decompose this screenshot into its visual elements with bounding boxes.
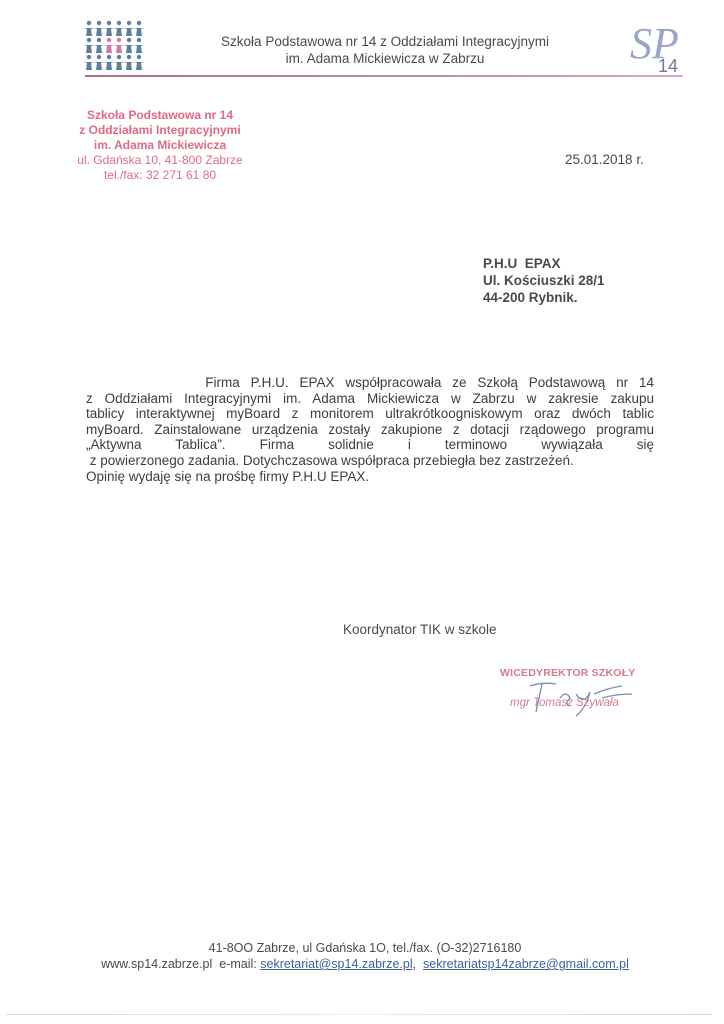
body-line: z powierzonego zadania. Dotychczasowa ws… xyxy=(86,453,654,469)
recipient-street: Ul. Kościuszki 28/1 xyxy=(483,272,605,289)
letterhead-title: Szkoła Podstawowa nr 14 z Oddziałami Int… xyxy=(150,33,620,67)
letter-body: Firma P.H.U. EPAX współpracowała ze Szko… xyxy=(86,375,654,484)
signature-stamp-title: WICEDYREKTOR SZKOŁY xyxy=(500,667,635,679)
footer-address: 41-8OO Zabrze, ul Gdańska 1O, tel./fax. … xyxy=(60,940,670,956)
letter-footer: 41-8OO Zabrze, ul Gdańska 1O, tel./fax. … xyxy=(60,940,670,972)
email-link-gmail[interactable]: sekretariatsp14zabrze@gmail.com.pl xyxy=(423,957,629,971)
body-line: myBoard. Zainstalowane urządzenia został… xyxy=(86,422,654,438)
body-line: „Aktywna Tablica”. Firma solidnie i term… xyxy=(86,437,654,453)
footer-contacts: www.sp14.zabrze.pl e-mail: sekretariat@s… xyxy=(60,956,670,972)
body-line: tablicy interaktywnej myBoard z monitore… xyxy=(86,406,654,422)
bottom-divider xyxy=(6,1014,712,1015)
body-line: Opinię wydaję się na prośbę firmy P.H.U … xyxy=(86,469,654,485)
body-line: Firma P.H.U. EPAX współpracowała ze Szko… xyxy=(86,375,654,391)
recipient-address: P.H.U EPAX Ul. Kościuszki 28/1 44-200 Ry… xyxy=(483,255,605,306)
footer-website: www.sp14.zabrze.pl xyxy=(101,957,212,971)
stamp-line3: im. Adama Mickiewicza xyxy=(40,138,280,153)
stamp-line2: z Oddziałami Integracyjnymi xyxy=(40,123,280,138)
footer-email-label: e-mail: xyxy=(219,957,257,971)
stamp-line1: Szkoła Podstawowa nr 14 xyxy=(40,108,280,123)
stamp-address: ul. Gdańska 10, 41-800 Zabrze xyxy=(40,153,280,168)
recipient-city: 44-200 Rybnik. xyxy=(483,289,605,306)
letterhead-title-line2: im. Adama Mickiewicza w Zabrzu xyxy=(150,50,620,67)
school-people-logo-icon xyxy=(84,18,144,70)
recipient-name: P.H.U EPAX xyxy=(483,255,605,272)
school-stamp: Szkoła Podstawowa nr 14 z Oddziałami Int… xyxy=(40,108,280,183)
signoff-title: Koordynator TIK w szkole xyxy=(343,622,497,637)
stamp-phone: tel./fax: 32 271 61 80 xyxy=(40,168,280,183)
sp14-logo-icon: SP 14 xyxy=(622,18,684,78)
letterhead-divider xyxy=(85,75,683,77)
sp-logo-number: 14 xyxy=(658,56,678,76)
letterhead-title-line1: Szkoła Podstawowa nr 14 z Oddziałami Int… xyxy=(150,33,620,50)
letter-date: 25.01.2018 r. xyxy=(565,152,644,167)
email-link-sekretariat[interactable]: sekretariat@sp14.zabrze.pl xyxy=(260,957,412,971)
signature-stamp-name: mgr Tomasz Szywała xyxy=(510,697,619,709)
body-line: z Oddziałami Integracyjnymi im. Adama Mi… xyxy=(86,391,654,407)
footer-separator: , xyxy=(413,957,416,971)
